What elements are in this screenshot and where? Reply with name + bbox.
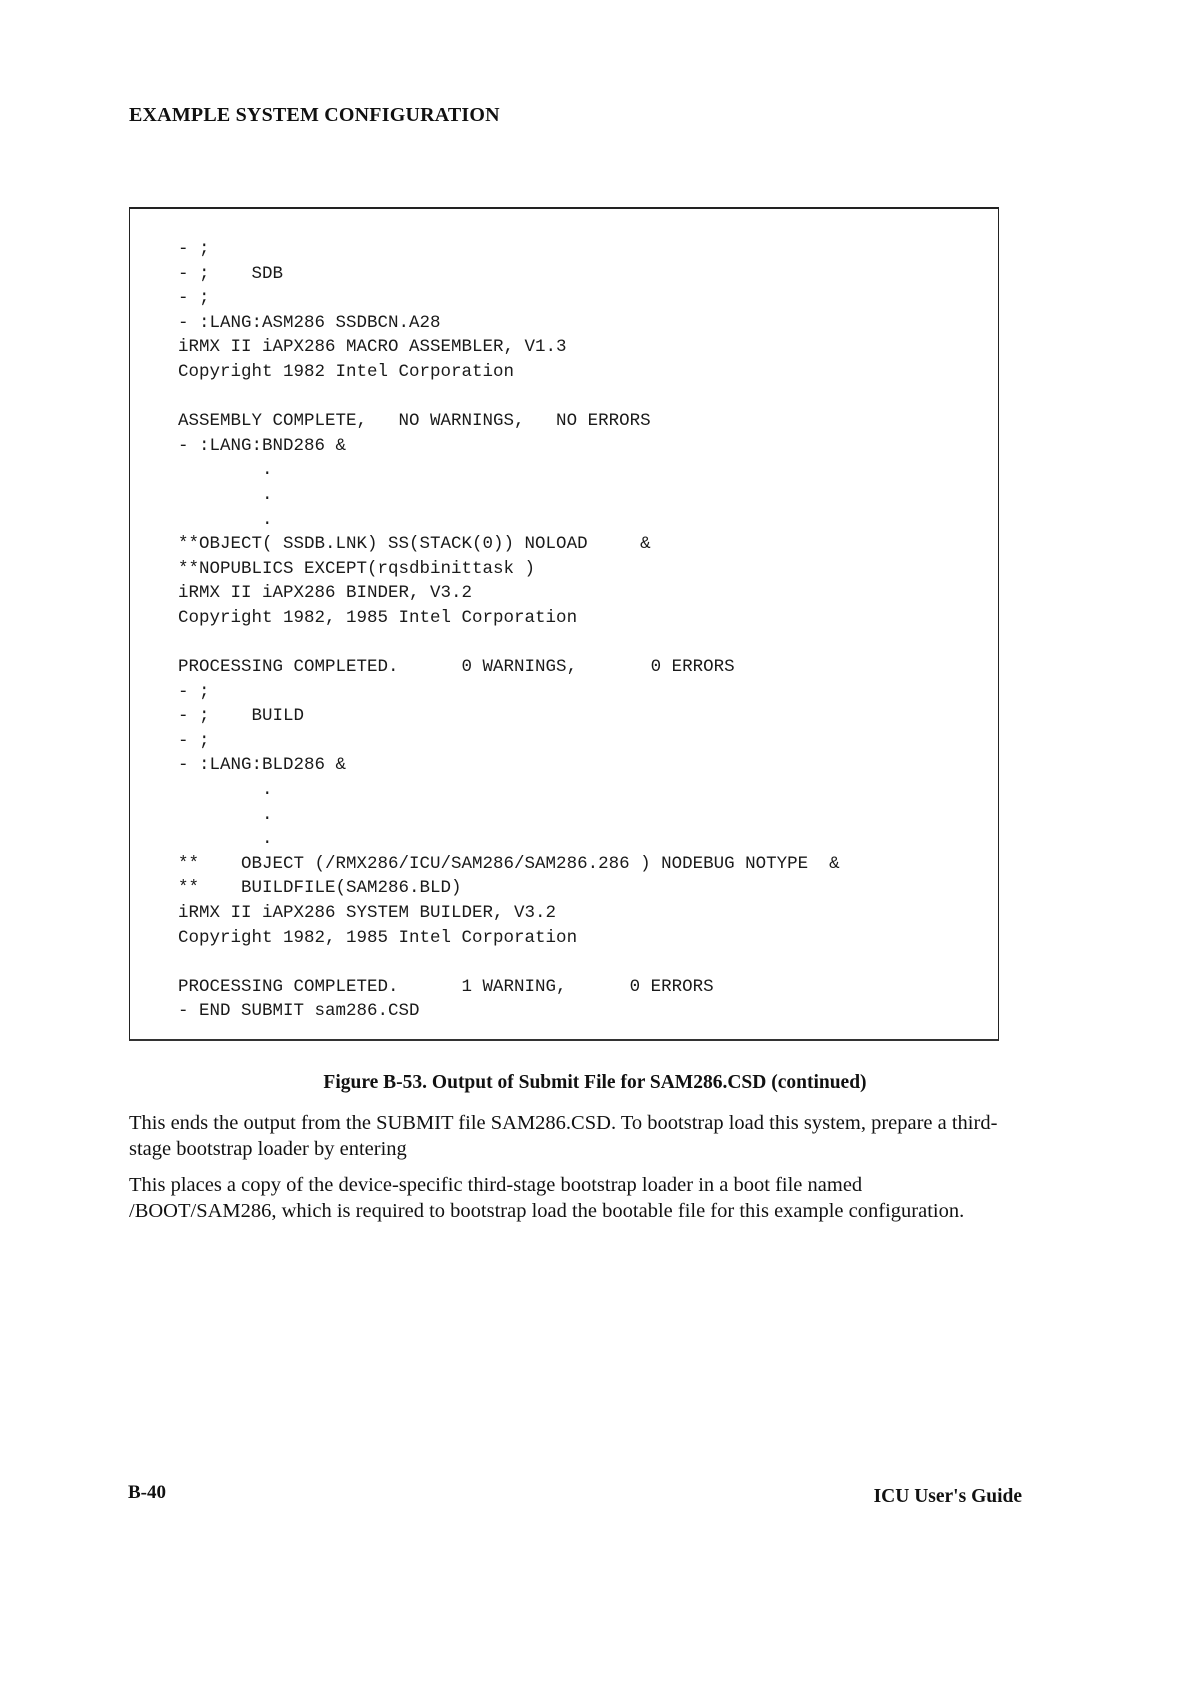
book-title: ICU User's Guide xyxy=(874,1486,1022,1508)
page-number: B-40 xyxy=(128,1482,166,1504)
figure-caption: Figure B-53. Output of Submit File for S… xyxy=(0,1072,1190,1094)
paragraph-boot-file: This places a copy of the device-specifi… xyxy=(129,1172,1009,1224)
figure-code-listing: - ; - ; SDB - ; - :LANG:ASM286 SSDBCN.A2… xyxy=(129,207,999,1041)
paragraph-submit-output-end: This ends the output from the SUBMIT fil… xyxy=(129,1110,1009,1162)
code-output: - ; - ; SDB - ; - :LANG:ASM286 SSDBCN.A2… xyxy=(178,237,840,1024)
section-header: EXAMPLE SYSTEM CONFIGURATION xyxy=(129,104,500,127)
